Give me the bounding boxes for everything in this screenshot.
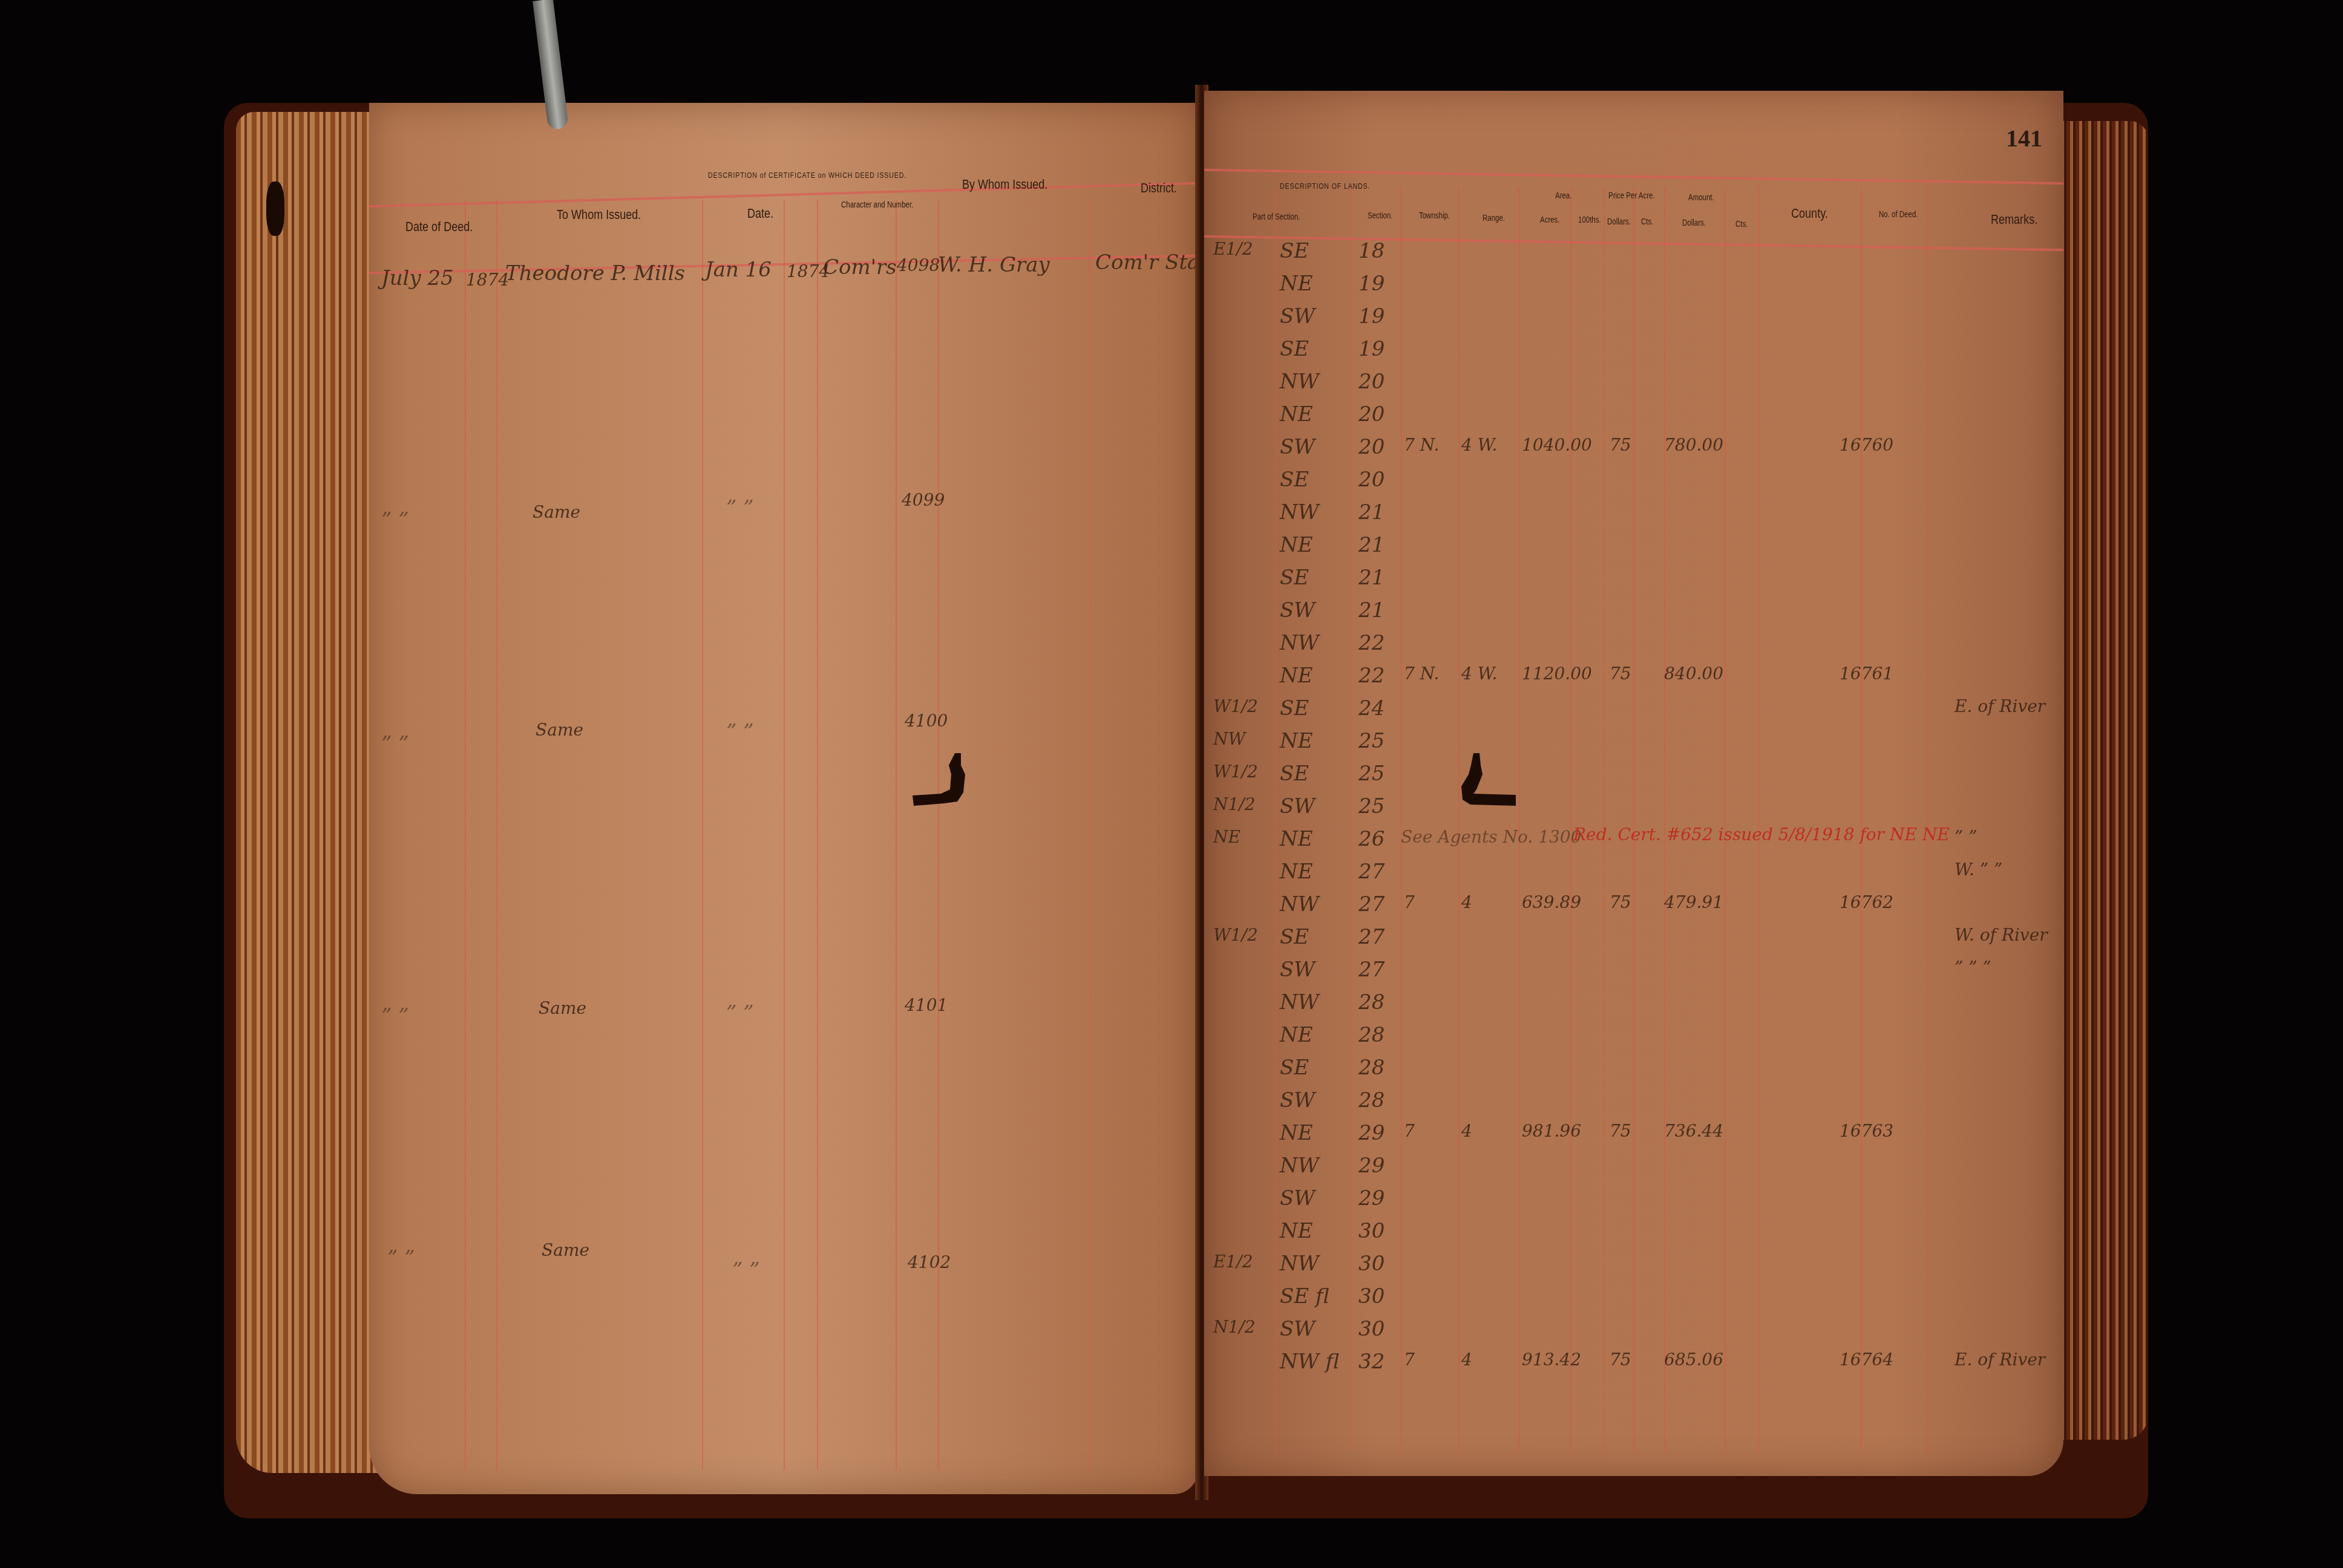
header-cert-date: Date.	[747, 206, 773, 221]
certificate-number: 4102	[908, 1252, 951, 1272]
section-number: 27	[1358, 958, 1384, 982]
certificate-number: 4099	[902, 490, 945, 510]
part-of-section: N1/2	[1213, 1317, 1256, 1337]
column-divider	[1725, 188, 1726, 1452]
range: 4	[1461, 1350, 1472, 1370]
part-of-section: NW	[1213, 729, 1245, 749]
header-date-of-deed: Date of Deed.	[405, 219, 473, 235]
header-hundredths: 100ths.	[1578, 215, 1601, 224]
township: 7 N.	[1404, 664, 1439, 684]
quarter-section: SW	[1280, 794, 1315, 818]
column-divider	[1089, 200, 1090, 1470]
section-number: 28	[1358, 1023, 1384, 1047]
acreage: 1040.00	[1522, 435, 1592, 455]
grantee-name: Same	[542, 1240, 589, 1260]
price-per-acre: 75	[1610, 892, 1631, 912]
section-number: 21	[1358, 533, 1384, 557]
section-number: 30	[1358, 1284, 1384, 1308]
part-of-section: W1/2	[1213, 925, 1258, 945]
column-divider	[1927, 188, 1928, 1452]
agent-note: See Agents No. 1300	[1401, 827, 1581, 847]
range: 4 W.	[1461, 664, 1498, 684]
deed-date: ” ”	[381, 508, 409, 532]
section-number: 22	[1358, 664, 1384, 688]
column-divider	[938, 200, 939, 1470]
certificate-character: Com'rs	[823, 255, 897, 279]
deed-year: 1874	[466, 270, 509, 290]
acreage: 981.96	[1522, 1121, 1581, 1141]
remarks: E. of River	[1955, 696, 2045, 716]
section-number: 24	[1358, 696, 1384, 720]
section-number: 25	[1358, 729, 1384, 753]
issuer-name: W. H. Gray	[938, 253, 1050, 277]
grantee-name: Same	[536, 720, 583, 740]
header-amount-dollars: Dollars.	[1682, 218, 1706, 227]
acreage: 1120.00	[1522, 664, 1592, 684]
section-number: 19	[1358, 337, 1384, 361]
header-to-whom-issued: To Whom Issued.	[557, 207, 641, 223]
quarter-section: SW	[1280, 958, 1315, 982]
township: 7 N.	[1404, 435, 1439, 455]
header-amount-cents: Cts.	[1735, 219, 1748, 229]
header-price-dollars: Dollars.	[1607, 217, 1631, 226]
quarter-section: SE	[1280, 925, 1309, 949]
amount: 479.91	[1664, 892, 1723, 912]
header-range: Range.	[1483, 213, 1505, 223]
quarter-section: SE	[1280, 566, 1309, 590]
deed-number: 16764	[1840, 1350, 1893, 1370]
column-divider	[702, 200, 703, 1470]
section-number: 21	[1358, 598, 1384, 622]
deed-date: ” ”	[387, 1246, 415, 1270]
part-of-section: NE	[1213, 827, 1240, 847]
header-part-of-section: Part of Section.	[1253, 212, 1300, 221]
amount: 685.06	[1664, 1350, 1723, 1370]
header-remarks: Remarks.	[1991, 212, 2037, 227]
column-divider	[1401, 188, 1402, 1452]
part-of-section: E1/2	[1213, 239, 1253, 259]
quarter-section: SE	[1280, 762, 1309, 786]
deed-number: 16761	[1840, 664, 1893, 684]
deed-date: ” ”	[381, 732, 409, 756]
certificate-date: ” ”	[726, 720, 754, 744]
column-divider	[1604, 188, 1605, 1452]
quarter-section: SW	[1280, 1317, 1315, 1341]
certificate-number: 4101	[905, 995, 948, 1015]
quarter-section: SW	[1280, 304, 1315, 328]
quarter-section: SE	[1280, 337, 1309, 361]
column-divider	[1861, 188, 1862, 1452]
section-number: 20	[1358, 435, 1384, 459]
deed-number: 16760	[1840, 435, 1893, 455]
certificate-date: ” ”	[726, 1001, 754, 1025]
column-divider	[465, 200, 466, 1470]
left-page-stack-edge	[236, 112, 381, 1473]
column-divider	[1276, 188, 1277, 1452]
section-number: 30	[1358, 1317, 1384, 1341]
section-number: 28	[1358, 990, 1384, 1014]
quarter-section: NE	[1280, 664, 1313, 688]
deed-date: ” ”	[381, 1004, 409, 1028]
part-of-section: N1/2	[1213, 794, 1256, 814]
deed-number: 16762	[1840, 892, 1893, 912]
section-number: 20	[1358, 370, 1384, 394]
price-per-acre: 75	[1610, 1121, 1631, 1141]
quarter-section: SE	[1280, 239, 1309, 263]
section-number: 20	[1358, 402, 1384, 426]
header-no-of-deed: No. of Deed.	[1879, 209, 1918, 219]
amount: 736.44	[1664, 1121, 1723, 1141]
column-divider	[784, 200, 785, 1470]
ink-stain	[266, 181, 284, 236]
header-description-of-lands: DESCRIPTION OF LANDS.	[1280, 181, 1370, 191]
remarks: W. ” ”	[1955, 860, 2002, 880]
quarter-section: NE	[1280, 1121, 1313, 1145]
quarter-section: NE	[1280, 1023, 1313, 1047]
left-page: Date of Deed. To Whom Issued. DESCRIPTIO…	[369, 103, 1198, 1494]
part-of-section: E1/2	[1213, 1252, 1253, 1272]
range: 4	[1461, 1121, 1472, 1141]
section-number: 27	[1358, 925, 1384, 949]
certificate-number: 4100	[905, 711, 948, 731]
quarter-section: SW	[1280, 1088, 1315, 1112]
acreage: 913.42	[1522, 1350, 1581, 1370]
price-per-acre: 75	[1610, 664, 1631, 684]
quarter-section: NE	[1280, 1219, 1313, 1243]
quarter-section: NW	[1280, 990, 1319, 1014]
section-number: 21	[1358, 566, 1384, 590]
column-divider	[1349, 188, 1351, 1452]
amount: 840.00	[1664, 664, 1723, 684]
column-divider	[1634, 188, 1635, 1452]
section-number: 25	[1358, 762, 1384, 786]
section-number: 29	[1358, 1121, 1384, 1145]
range: 4 W.	[1461, 435, 1498, 455]
remarks: ” ” ”	[1955, 958, 1991, 978]
quarter-section: NW	[1280, 892, 1319, 916]
range: 4	[1461, 892, 1472, 912]
township: 7	[1404, 1350, 1415, 1370]
header-area: Area.	[1555, 191, 1571, 200]
quarter-section: NW	[1280, 1252, 1319, 1276]
quarter-section: NW	[1280, 1154, 1319, 1178]
quarter-section: SE	[1280, 468, 1309, 492]
certificate-date: Jan 16	[705, 258, 772, 282]
column-divider	[1664, 188, 1665, 1452]
section-number: 22	[1358, 631, 1384, 655]
column-divider	[1570, 188, 1571, 1452]
header-price-cents: Cts.	[1641, 217, 1653, 226]
section-number: 27	[1358, 860, 1384, 884]
quarter-section: NW	[1280, 631, 1319, 655]
quarter-section: NE	[1280, 827, 1313, 851]
right-page-weight	[1449, 750, 1522, 817]
section-number: 21	[1358, 500, 1384, 524]
part-of-section: W1/2	[1213, 696, 1258, 716]
section-number: 29	[1358, 1186, 1384, 1210]
section-number: 32	[1358, 1350, 1384, 1374]
header-certificate-description: DESCRIPTION of CERTIFICATE on WHICH DEED…	[708, 171, 906, 180]
column-divider	[896, 200, 897, 1470]
page-number: 141	[2006, 124, 2042, 152]
section-number: 19	[1358, 304, 1384, 328]
header-amount: Amount.	[1688, 192, 1714, 202]
price-per-acre: 75	[1610, 435, 1631, 455]
certificate-date: ” ”	[732, 1258, 760, 1282]
header-district: District.	[1141, 180, 1177, 196]
quarter-section: NE	[1280, 272, 1313, 296]
quarter-section: SE	[1280, 1056, 1309, 1080]
column-divider	[496, 200, 497, 1470]
header-character-number: Character and Number.	[841, 200, 913, 209]
quarter-section: SE	[1280, 696, 1309, 720]
acreage: 639.89	[1522, 892, 1581, 912]
header-acres: Acres.	[1540, 215, 1560, 224]
quarter-section: NW	[1280, 500, 1319, 524]
amount: 780.00	[1664, 435, 1723, 455]
column-divider	[817, 200, 818, 1470]
certificate-date: ” ”	[726, 496, 754, 520]
section-number: 18	[1358, 239, 1384, 263]
quarter-section: NE	[1280, 729, 1313, 753]
grantee-name: Same	[539, 998, 586, 1018]
township: 7	[1404, 892, 1415, 912]
part-of-section: W1/2	[1213, 762, 1258, 782]
quarter-section: SE fl	[1280, 1284, 1329, 1308]
quarter-section: NE	[1280, 860, 1313, 884]
grantee-name: Theodore P. Mills	[505, 261, 685, 286]
header-section: Section.	[1368, 211, 1392, 220]
header-price-per-acre: Price Per Acre.	[1608, 191, 1655, 200]
quarter-section: NW fl	[1280, 1350, 1339, 1374]
header-by-whom-issued: By Whom Issued.	[962, 177, 1047, 192]
quarter-section: SW	[1280, 435, 1315, 459]
quarter-section: NW	[1280, 370, 1319, 394]
quarter-section: SW	[1280, 598, 1315, 622]
certificate-number: 4098	[897, 255, 940, 275]
quarter-section: SW	[1280, 1186, 1315, 1210]
township: 7	[1404, 1121, 1415, 1141]
section-number: 29	[1358, 1154, 1384, 1178]
section-number: 19	[1358, 272, 1384, 296]
quarter-section: NE	[1280, 533, 1313, 557]
section-number: 27	[1358, 892, 1384, 916]
section-number: 25	[1358, 794, 1384, 818]
deed-date: July 25	[381, 266, 454, 290]
section-number: 30	[1358, 1219, 1384, 1243]
section-number: 26	[1358, 827, 1384, 851]
section-number: 28	[1358, 1088, 1384, 1112]
remarks: ” ”	[1955, 827, 1978, 847]
section-number: 28	[1358, 1056, 1384, 1080]
price-per-acre: 75	[1610, 1350, 1631, 1370]
right-page-stack-edge	[2057, 121, 2148, 1440]
header-county: County.	[1791, 206, 1828, 221]
remarks: E. of River	[1955, 1350, 2045, 1370]
left-page-weight	[908, 750, 980, 817]
section-number: 20	[1358, 468, 1384, 492]
section-number: 30	[1358, 1252, 1384, 1276]
column-divider	[1458, 188, 1460, 1452]
deed-number: 16763	[1840, 1121, 1893, 1141]
header-township: Township.	[1419, 211, 1450, 220]
right-page: DESCRIPTION OF LANDS. Part of Section. S…	[1204, 91, 2063, 1476]
remarks: W. of River	[1955, 925, 2048, 945]
column-divider	[1758, 188, 1759, 1452]
grantee-name: Same	[532, 502, 580, 522]
column-divider	[1519, 188, 1520, 1452]
red-ink-annotation: Red. Cert. #652 issued 5/8/1918 for NE N…	[1573, 825, 1950, 844]
quarter-section: NE	[1280, 402, 1313, 426]
